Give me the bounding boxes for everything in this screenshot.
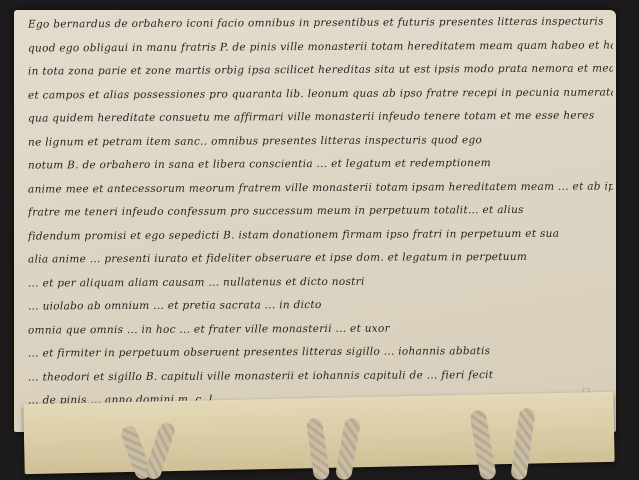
text-line: in tota zona parie et zone martis orbig … — [28, 57, 613, 84]
text-line: ... et firmiter in perpetuum obseruent p… — [28, 339, 613, 366]
text-line: qua quidem hereditate consuetu me affirm… — [28, 104, 613, 131]
text-line: fidendum promisi et ego sepedicti B. ist… — [28, 222, 613, 249]
text-line: ... uiolabo ab omnium ... et pretia sacr… — [28, 292, 613, 319]
text-line: et campos et alias possessiones pro quar… — [28, 81, 613, 108]
text-line: alia anime ... presenti iurato et fideli… — [28, 245, 613, 272]
text-line: ... theodori et sigillo B. capituli vill… — [28, 363, 613, 390]
text-line: notum B. de orbahero in sana et libera c… — [28, 151, 613, 178]
text-line: ... et per aliquam aliam causam ... null… — [28, 269, 613, 296]
text-line: omnia que omnis ... in hoc ... et frater… — [28, 316, 613, 343]
text-line: fratre me teneri infeudo confessum pro s… — [28, 198, 613, 225]
text-line: Ego bernardus de orbahero iconi facio om… — [28, 10, 613, 37]
text-line: anime mee et antecessorum meorum fratrem… — [28, 175, 613, 202]
text-line: ne lignum et petram item sanc.. omnibus … — [28, 128, 613, 155]
text-line: quod ego obligaui in manu fratris P. de … — [28, 34, 613, 61]
charter-text: Ego bernardus de orbahero iconi facio om… — [28, 12, 613, 412]
